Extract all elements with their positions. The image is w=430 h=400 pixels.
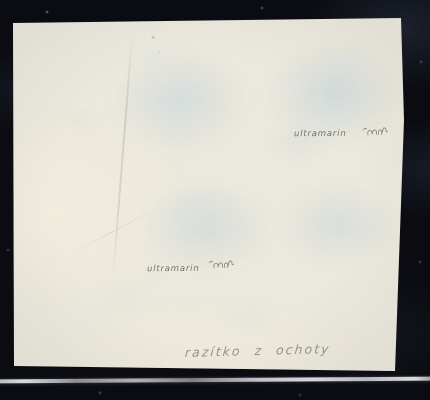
- pencil-note-ultramarin-lower: ultramarin: [147, 264, 200, 274]
- photo-backdrop: ultramarin ultramarin razítko z ochoty: [0, 0, 430, 400]
- foxing-speck-faint: [158, 51, 161, 54]
- expert-signature-mark-lower-icon: [208, 259, 235, 272]
- paper-mottle-texture: [0, 0, 430, 400]
- foxing-speck: [151, 36, 155, 39]
- pencil-note-ultramarin-upper: ultramarin: [294, 129, 347, 139]
- stamp-block-reverse-paper: ultramarin ultramarin razítko z ochoty: [0, 0, 430, 400]
- expert-signature-mark-upper-icon: [362, 126, 389, 139]
